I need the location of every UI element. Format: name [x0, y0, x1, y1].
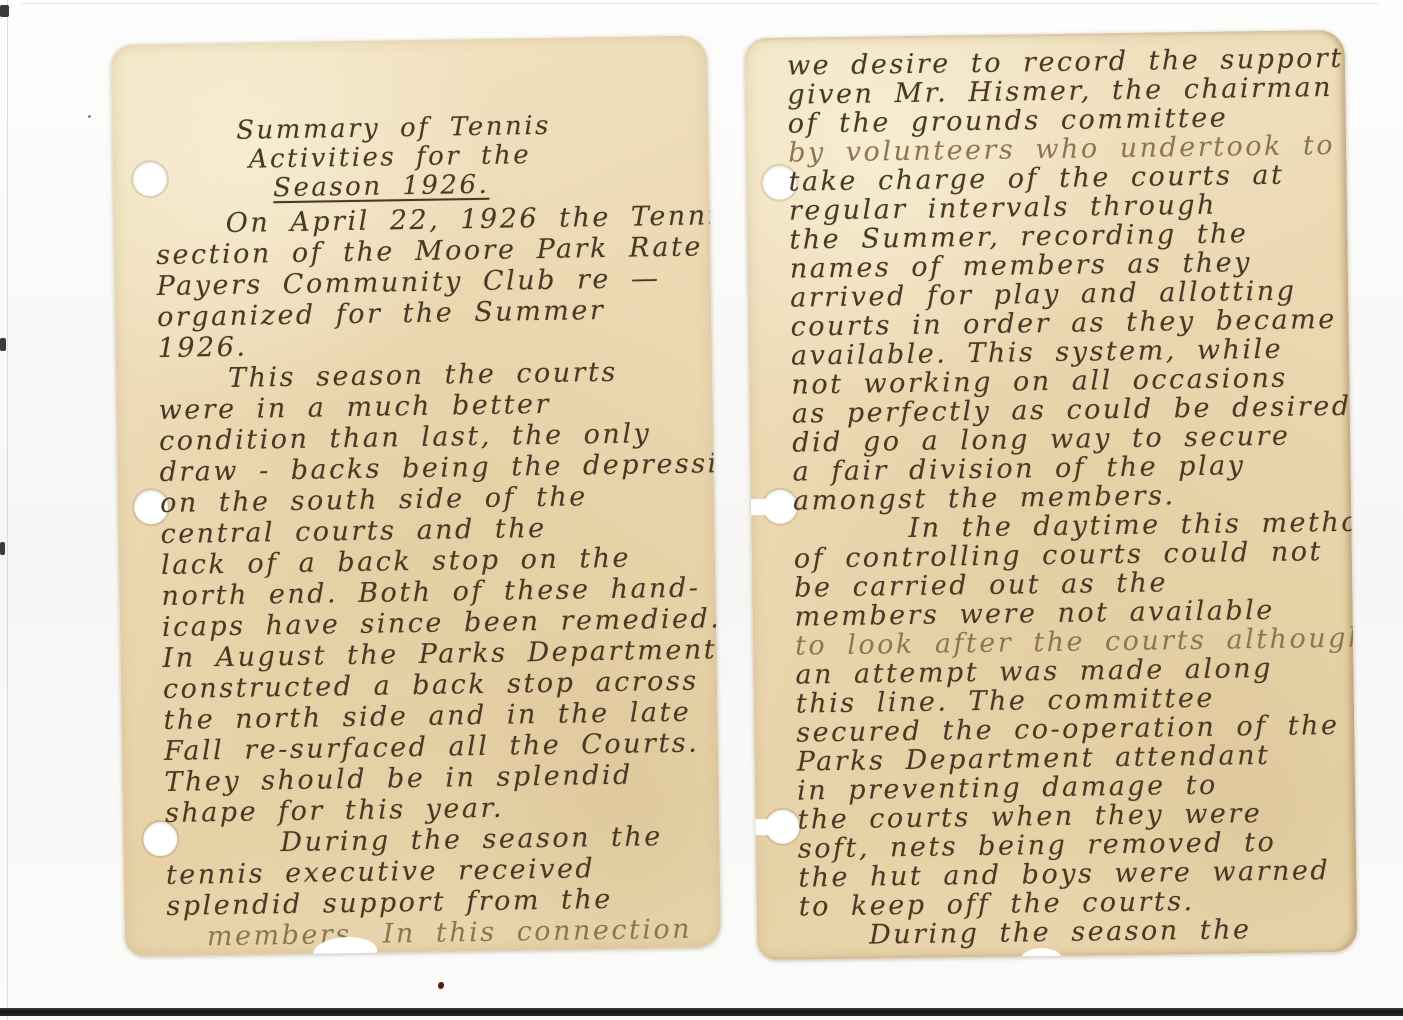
handwriting-line: During the season the	[799, 914, 1355, 951]
torn-edge	[1021, 948, 1061, 960]
page-2: we desire to record the supportgiven Mr.…	[745, 30, 1358, 960]
hole-punch-torn	[765, 810, 799, 844]
page-1: Summary of Tennis Activities for the Sea…	[111, 35, 721, 956]
scan-speck	[0, 5, 9, 17]
title-line-underlined: Season 1926.	[237, 167, 707, 203]
page-2-body: we desire to record the supportgiven Mr.…	[787, 44, 1355, 951]
scanner-edge-line	[20, 3, 1380, 4]
scan-speck	[0, 338, 6, 351]
scan-speck	[88, 115, 91, 118]
page-1-content: Summary of Tennis Activities for the Sea…	[153, 35, 719, 953]
ink-spot	[438, 982, 444, 989]
scan-bottom-edge	[0, 1008, 1403, 1016]
page-2-content: we desire to record the supportgiven Mr.…	[787, 44, 1355, 951]
page-title: Summary of Tennis Activities for the Sea…	[154, 109, 707, 205]
page-1-body: On April 22, 1926 the Tennissection of t…	[155, 200, 719, 953]
scanner-background: Summary of Tennis Activities for the Sea…	[0, 0, 1403, 1020]
scan-speck	[0, 542, 5, 555]
scanner-edge-line	[7, 0, 8, 1020]
